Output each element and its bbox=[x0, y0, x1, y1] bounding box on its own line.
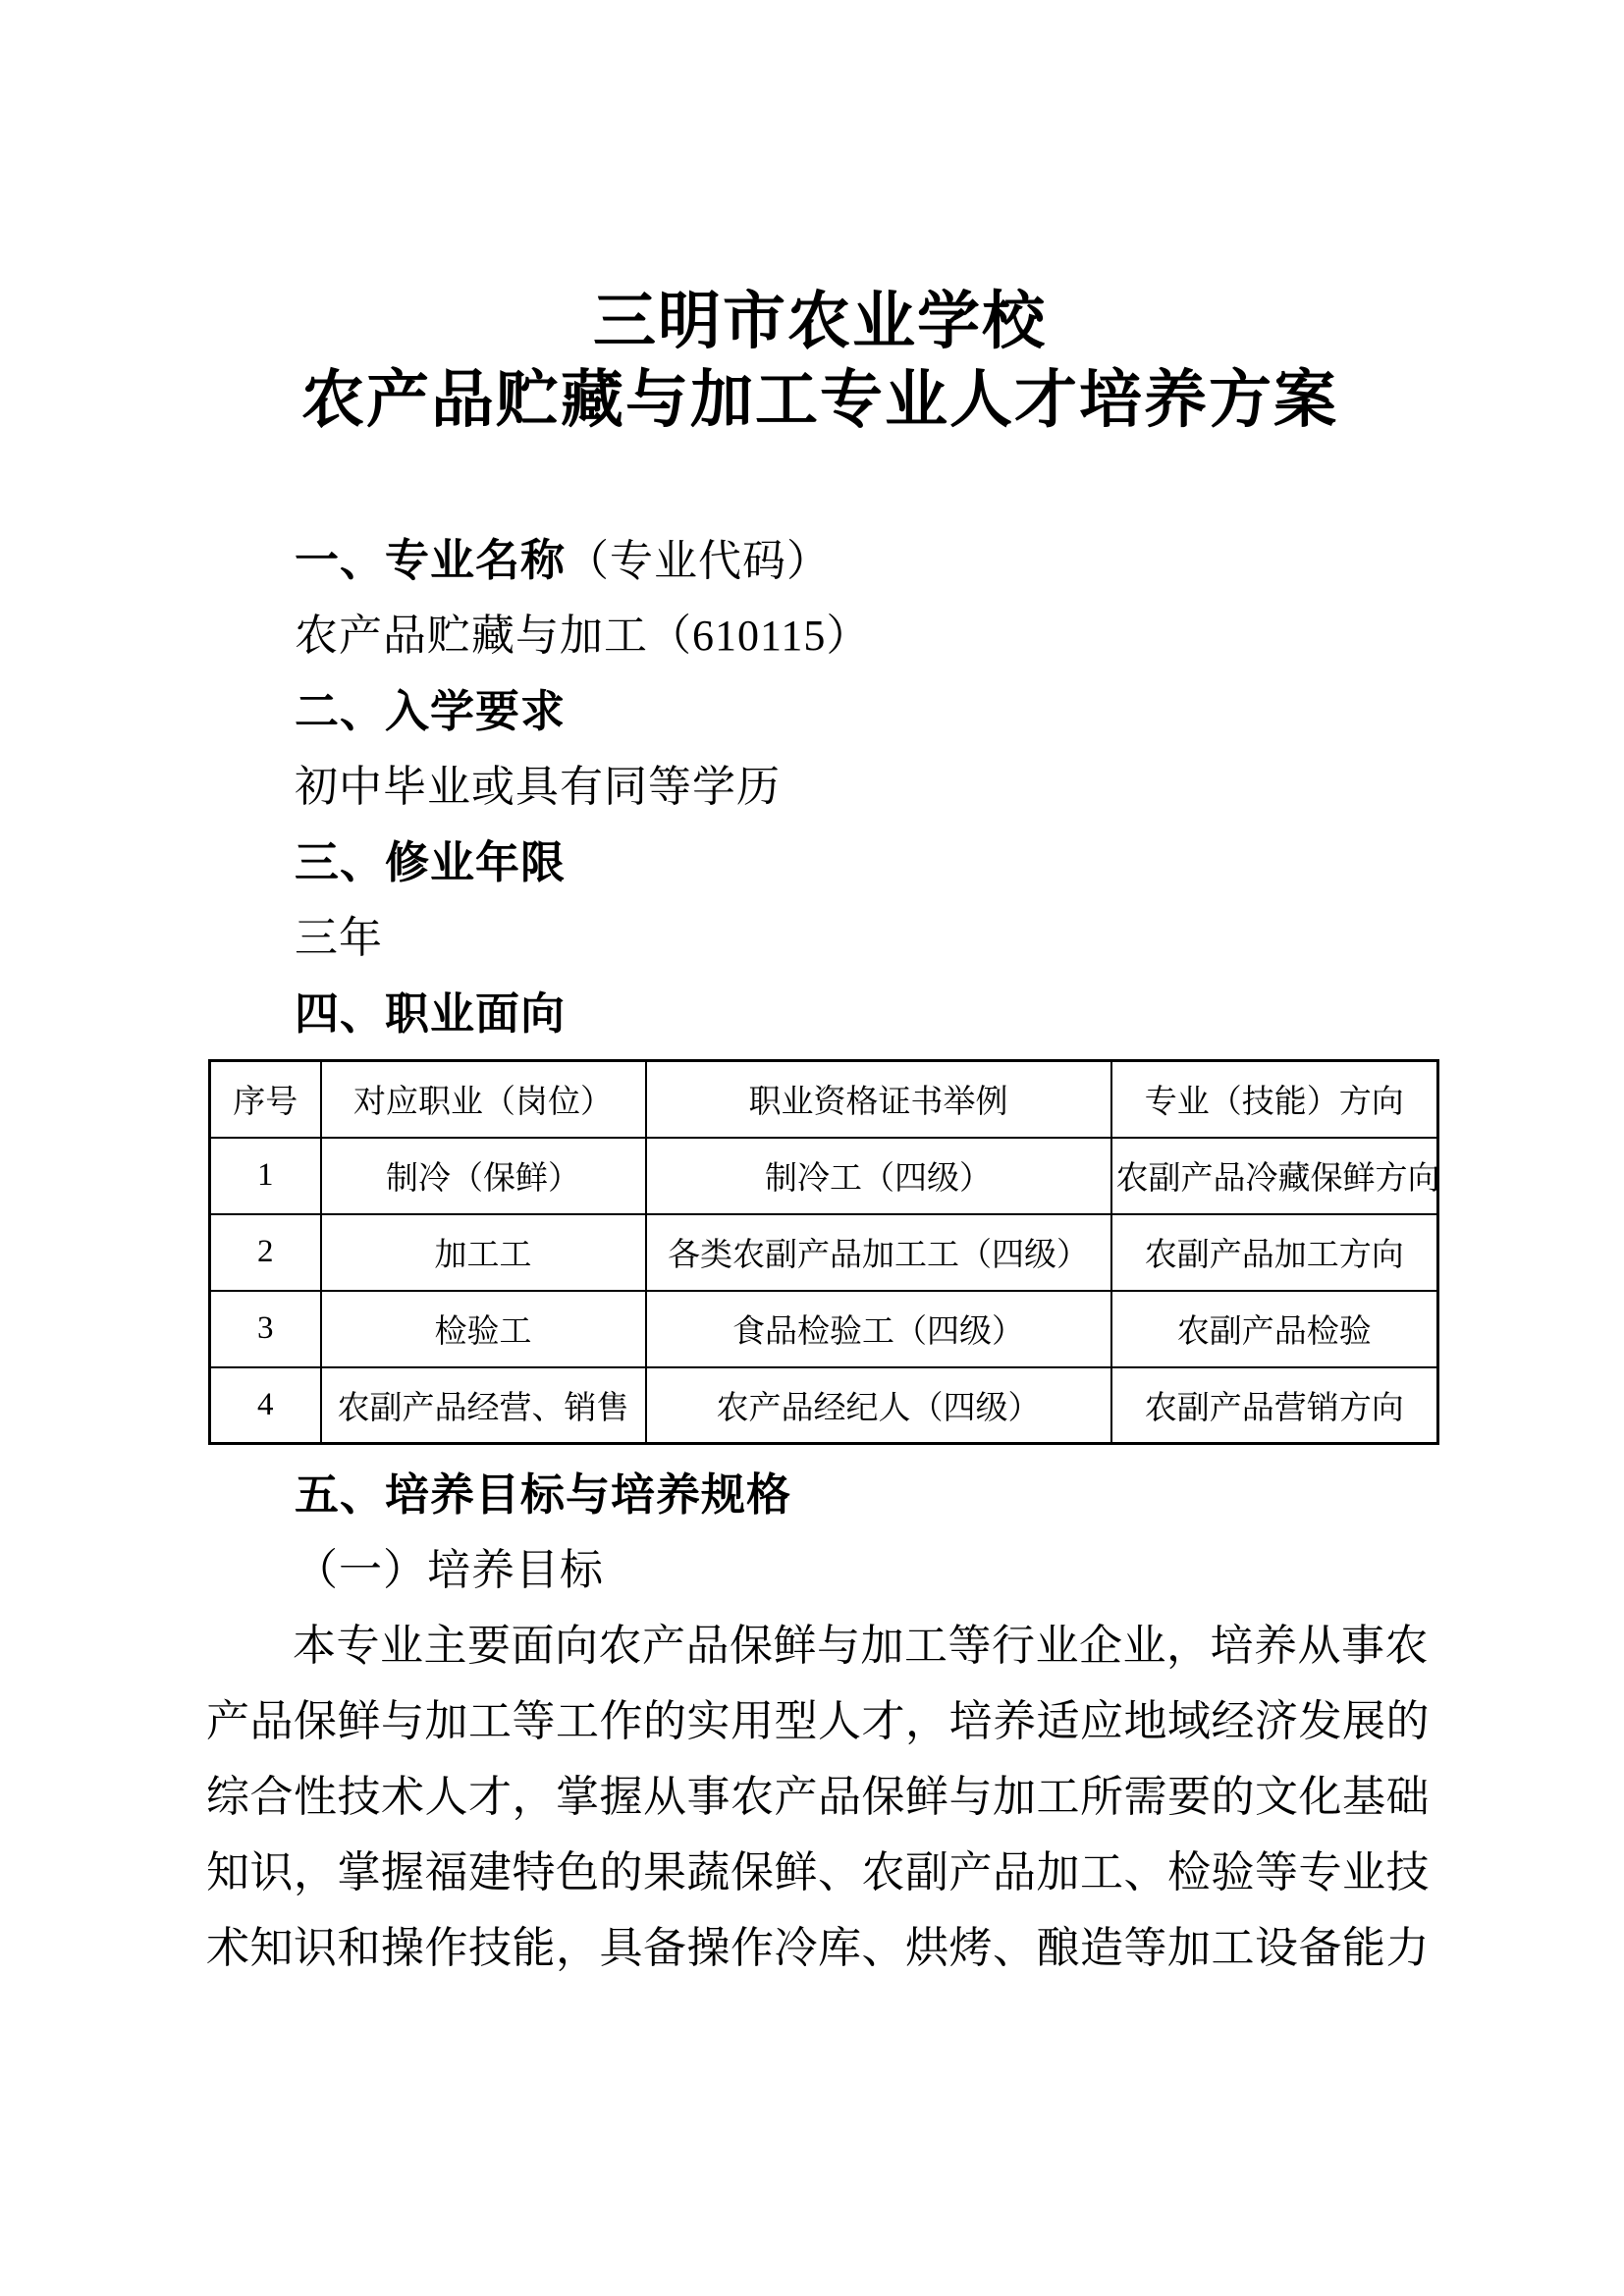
table-cell: 3 bbox=[210, 1291, 321, 1367]
table-row: 3 检验工 食品检验工（四级） 农副产品检验 bbox=[210, 1291, 1438, 1367]
table-cell: 检验工 bbox=[321, 1291, 646, 1367]
table-cell: 农产品经纪人（四级） bbox=[646, 1367, 1111, 1444]
table-header-cell: 对应职业（岗位） bbox=[321, 1061, 646, 1138]
table-cell: 各类农副产品加工工（四级） bbox=[646, 1214, 1111, 1291]
table-cell: 制冷工（四级） bbox=[646, 1138, 1111, 1214]
section-2-heading-label: 二、入学要求 bbox=[295, 686, 566, 736]
section-1-heading: 一、专业名称（专业代码） bbox=[206, 522, 1434, 598]
paragraph-line: 产品保鲜与加工等工作的实用型人才，培养适应地域经济发展的 bbox=[206, 1683, 1434, 1759]
table-row: 1 制冷（保鲜） 制冷工（四级） 农副产品冷藏保鲜方向 bbox=[210, 1138, 1438, 1214]
document-body: 一、专业名称（专业代码） 农产品贮藏与加工（610115） 二、入学要求 初中毕… bbox=[206, 522, 1434, 1986]
section-3-body: 三年 bbox=[206, 900, 1434, 976]
table-cell: 制冷（保鲜） bbox=[321, 1138, 646, 1214]
section-2-body: 初中毕业或具有同等学历 bbox=[206, 749, 1434, 825]
paragraph-line: 本专业主要面向农产品保鲜与加工等行业企业，培养从事农 bbox=[206, 1608, 1434, 1683]
table-header-cell: 职业资格证书举例 bbox=[646, 1061, 1111, 1138]
section-4-heading: 四、职业面向 bbox=[206, 976, 1434, 1051]
training-objective-paragraph: 本专业主要面向农产品保鲜与加工等行业企业，培养从事农 产品保鲜与加工等工作的实用… bbox=[206, 1608, 1434, 1986]
table-cell: 农副产品加工方向 bbox=[1111, 1214, 1438, 1291]
table-row: 4 农副产品经营、销售 农产品经纪人（四级） 农副产品营销方向 bbox=[210, 1367, 1438, 1444]
table-cell: 农副产品检验 bbox=[1111, 1291, 1438, 1367]
subsection-1-heading: （一）培养目标 bbox=[206, 1532, 1434, 1608]
table-header-cell: 序号 bbox=[210, 1061, 321, 1138]
section-1-body: 农产品贮藏与加工（610115） bbox=[206, 598, 1434, 673]
section-3-heading: 三、修业年限 bbox=[206, 825, 1434, 900]
section-3-heading-label: 三、修业年限 bbox=[295, 837, 566, 887]
table-header-row: 序号 对应职业（岗位） 职业资格证书举例 专业（技能）方向 bbox=[210, 1061, 1438, 1138]
table-cell: 食品检验工（四级） bbox=[646, 1291, 1111, 1367]
document-page: 三明市农业学校 农产品贮藏与加工专业人才培养方案 一、专业名称（专业代码） 农产… bbox=[0, 0, 1624, 2296]
table-cell: 4 bbox=[210, 1367, 321, 1444]
section-5-heading: 五、培养目标与培养规格 bbox=[206, 1457, 1434, 1532]
title-line-2: 农产品贮藏与加工专业人才培养方案 bbox=[206, 361, 1434, 440]
table-cell: 2 bbox=[210, 1214, 321, 1291]
paragraph-line: 知识，掌握福建特色的果蔬保鲜、农副产品加工、检验等专业技 bbox=[206, 1835, 1434, 1910]
table-cell: 加工工 bbox=[321, 1214, 646, 1291]
table-header-cell: 专业（技能）方向 bbox=[1111, 1061, 1438, 1138]
paragraph-line: 术知识和操作技能，具备操作冷库、烘烤、酿造等加工设备能力 bbox=[206, 1910, 1434, 1986]
section-5-heading-label: 五、培养目标与培养规格 bbox=[295, 1469, 791, 1520]
document-title: 三明市农业学校 农产品贮藏与加工专业人才培养方案 bbox=[206, 283, 1434, 440]
table-row: 2 加工工 各类农副产品加工工（四级） 农副产品加工方向 bbox=[210, 1214, 1438, 1291]
section-1-heading-note: （专业代码） bbox=[566, 537, 831, 585]
table-cell: 1 bbox=[210, 1138, 321, 1214]
title-line-1: 三明市农业学校 bbox=[206, 283, 1434, 361]
table-cell: 农副产品经营、销售 bbox=[321, 1367, 646, 1444]
section-1-heading-label: 一、专业名称 bbox=[295, 535, 566, 585]
career-orientation-table: 序号 对应职业（岗位） 职业资格证书举例 专业（技能）方向 1 制冷（保鲜） 制… bbox=[208, 1059, 1439, 1445]
section-4-heading-label: 四、职业面向 bbox=[295, 988, 566, 1039]
section-2-heading: 二、入学要求 bbox=[206, 673, 1434, 749]
page-content-area: 三明市农业学校 农产品贮藏与加工专业人才培养方案 一、专业名称（专业代码） 农产… bbox=[0, 0, 1624, 1986]
paragraph-line: 综合性技术人才，掌握从事农产品保鲜与加工所需要的文化基础 bbox=[206, 1759, 1434, 1835]
table-cell: 农副产品冷藏保鲜方向 bbox=[1111, 1138, 1438, 1214]
table-cell: 农副产品营销方向 bbox=[1111, 1367, 1438, 1444]
